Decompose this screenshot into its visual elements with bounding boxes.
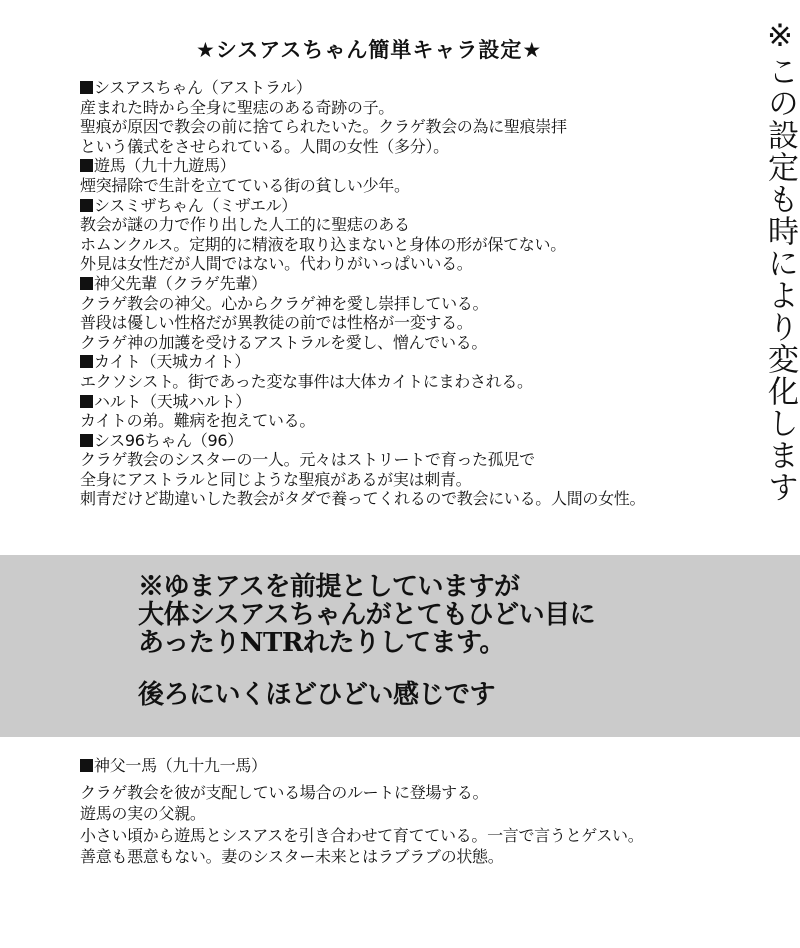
character-description-line: 教会が謎の力で作り出した人工的に聖痣のある: [80, 215, 760, 235]
character-entry-kazuma: 神父一馬（九十九一馬） クラゲ教会を彼が支配している場合のルートに登場する。 遊…: [80, 756, 760, 868]
character-description-line: クラゲ教会のシスターの一人。元々はストリートで育った孤児で: [80, 450, 760, 470]
square-bullet-icon: [80, 81, 93, 94]
side-note-vertical: ※この設定も時により変化します: [762, 18, 798, 503]
character-heading: ハルト（天城ハルト）: [94, 392, 251, 411]
character-description-line: という儀式をさせられている。人間の女性（多分）。: [80, 137, 760, 157]
character-description-line: 刺青だけど勘違いした教会がタダで養ってくれるので教会にいる。人間の女性。: [80, 489, 760, 509]
character-description-line: ホムンクルス。定期的に精液を取り込まないと身体の形が保てない。: [80, 235, 760, 255]
notice-line: あったりNTRれたりしてます。: [138, 629, 595, 657]
square-bullet-icon: [80, 277, 93, 290]
character-entry-astral: シスアスちゃん（アストラル） 産まれた時から全身に聖痣のある奇跡の子。 聖痕が原…: [80, 78, 760, 156]
warning-notice-text: ※ゆまアスを前提としていますが 大体シスアスちゃんがとてもひどい目に あったりN…: [138, 573, 595, 709]
notice-line: 大体シスアスちゃんがとてもひどい目に: [138, 601, 595, 629]
character-heading: 遊馬（九十九遊馬）: [94, 156, 235, 175]
notice-extra-line: 後ろにいくほどひどい感じです: [138, 681, 595, 709]
warning-notice-band: ※ゆまアスを前提としていますが 大体シスアスちゃんがとてもひどい目に あったりN…: [0, 555, 800, 737]
character-description-line: 聖痕が原因で教会の前に捨てられたいた。クラゲ教会の為に聖痕崇拝: [80, 117, 760, 137]
notice-line: ※ゆまアスを前提としていますが: [138, 573, 595, 601]
square-bullet-icon: [80, 395, 93, 408]
character-entry-96: シス96ちゃん（96） クラゲ教会のシスターの一人。元々はストリートで育った孤児…: [80, 431, 760, 509]
character-list: シスアスちゃん（アストラル） 産まれた時から全身に聖痣のある奇跡の子。 聖痕が原…: [80, 78, 760, 509]
character-description-line: 遊馬の実の父親。: [80, 803, 760, 825]
character-heading: 神父一馬（九十九一馬）: [94, 756, 267, 775]
character-description-line: 善意も悪意もない。妻のシスター未来とはラブラブの状態。: [80, 846, 760, 868]
character-entry-yuma: 遊馬（九十九遊馬） 煙突掃除で生計を立てている街の貧しい少年。: [80, 156, 760, 195]
character-heading: シス96ちゃん（96）: [94, 431, 243, 450]
character-description-line: クラゲ教会の神父。心からクラゲ神を愛し崇拝している。: [80, 294, 760, 314]
character-description-line: エクソシスト。街であった変な事件は大体カイトにまわされる。: [80, 372, 760, 392]
page-title: ★シスアスちゃん簡単キャラ設定★: [196, 37, 616, 63]
character-heading: 神父先輩（クラゲ先輩）: [94, 274, 267, 293]
square-bullet-icon: [80, 355, 93, 368]
character-description-line: 全身にアストラルと同じような聖痕があるが実は刺青。: [80, 470, 760, 490]
character-description-line: 煙突掃除で生計を立てている街の貧しい少年。: [80, 176, 760, 196]
extra-character-section: 神父一馬（九十九一馬） クラゲ教会を彼が支配している場合のルートに登場する。 遊…: [80, 756, 760, 868]
character-heading: シスミザちゃん（ミザエル）: [94, 196, 297, 215]
character-entry-mizael: シスミザちゃん（ミザエル） 教会が謎の力で作り出した人工的に聖痣のある ホムンク…: [80, 196, 760, 274]
character-description-line: 外見は女性だが人間ではない。代わりがいっぱいいる。: [80, 254, 760, 274]
character-description-line: 産まれた時から全身に聖痣のある奇跡の子。: [80, 98, 760, 118]
character-description-line: カイトの弟。難病を抱えている。: [80, 411, 760, 431]
character-description-line: 小さい頃から遊馬とシスアスを引き合わせて育てている。一言で言うとゲスい。: [80, 825, 760, 847]
square-bullet-icon: [80, 759, 93, 772]
character-entry-haruto: ハルト（天城ハルト） カイトの弟。難病を抱えている。: [80, 392, 760, 431]
spacer: [138, 657, 595, 681]
character-description-line: 普段は優しい性格だが異教徒の前では性格が一変する。: [80, 313, 760, 333]
square-bullet-icon: [80, 434, 93, 447]
character-entry-kurage: 神父先輩（クラゲ先輩） クラゲ教会の神父。心からクラゲ神を愛し崇拝している。 普…: [80, 274, 760, 352]
character-description-line: クラゲ神の加護を受けるアストラルを愛し、憎んでいる。: [80, 333, 760, 353]
square-bullet-icon: [80, 159, 93, 172]
character-heading: シスアスちゃん（アストラル）: [94, 78, 312, 97]
character-entry-kaito: カイト（天城カイト） エクソシスト。街であった変な事件は大体カイトにまわされる。: [80, 352, 760, 391]
character-description-line: クラゲ教会を彼が支配している場合のルートに登場する。: [80, 782, 760, 804]
character-heading: カイト（天城カイト）: [94, 352, 250, 371]
square-bullet-icon: [80, 199, 93, 212]
